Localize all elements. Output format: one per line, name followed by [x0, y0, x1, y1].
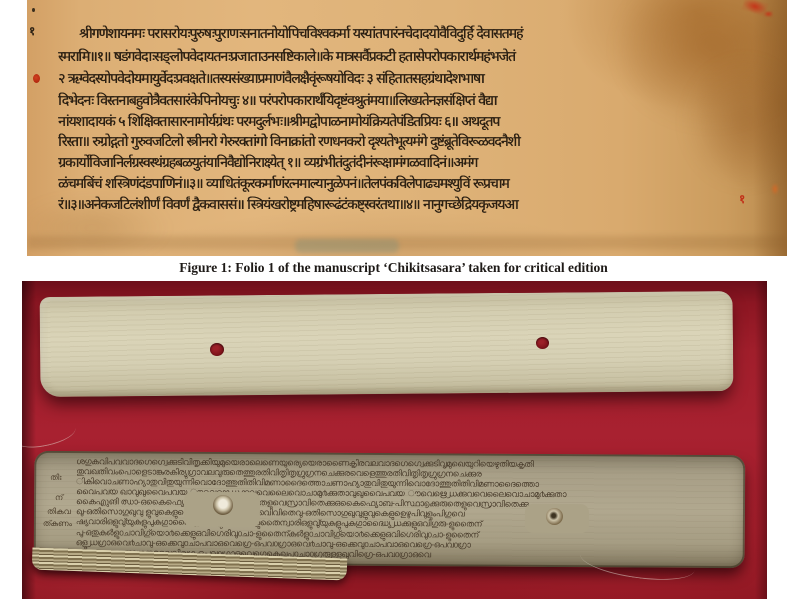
string-hole-left [210, 343, 224, 356]
marginal-annotation: തികവ [47, 507, 71, 517]
manuscript-text-line: दिभेदनः विस्तनाबहुवोत्रैवतसारंकेपिनोयचुः… [58, 91, 752, 112]
red-pigment-mark [764, 11, 773, 17]
folio-number-left: १ [29, 22, 35, 39]
orange-pigment-mark [771, 183, 779, 195]
manuscript-text-line: नांयशादायकं ५ शिक्षिक्तासारनामोर्यग्रंथः… [58, 112, 752, 133]
figure-caption: Figure 1: Folio 1 of the manuscript ‘Chi… [0, 256, 787, 281]
manuscript-text-line: श्रीगणेशायनमः परासरोयःपुरुषःपुराणःसनातनो… [79, 24, 750, 45]
binding-hole-right [546, 508, 563, 525]
blank-palm-leaf [40, 291, 734, 397]
red-margin-dot [33, 74, 40, 83]
manuscript-text-line: ग्रकार्योविजानिर्लग्रस्वस्थंग्रहबळयुतंया… [58, 153, 752, 174]
stray-thread [22, 417, 78, 452]
manuscript-text-line: स्मरामि॥१॥ षडंगवेदाःसङ्लोपवेदायतनःप्रजात… [58, 47, 752, 68]
manuscript-folio-photo: १ १ श्रीगणेशायनमः परासरोयःपुरुषःपुराणःसन… [27, 0, 787, 257]
document-page: १ १ श्रीगणेशायनमः परासरोयःपुरुषःपुराणःसन… [0, 0, 787, 599]
manuscript-text-line: ळंचमबिंचं शस्त्रिणंदंडपाणिनं॥३॥ व्याधितं… [58, 174, 752, 195]
manuscript-text-line: रिस्ता॥ रुग्रोद्गतो गुरुवजटिलो स्त्रीनरो… [58, 132, 752, 153]
string-hole-right [536, 337, 549, 349]
manuscript-text-line: २ ऋग्वेदस्योपवेदोयमायुर्वेदःप्रवक्षते॥तस… [58, 69, 752, 90]
ink-speck [32, 8, 35, 12]
bottom-fold-shade [27, 236, 787, 249]
marginal-annotation: ത്കുണം [43, 519, 72, 529]
faded-ink-smudge [295, 239, 399, 253]
palm-leaf-photo: തിഃ ന് തികവ ത്കുണം ശഗുകവിപവവാദഗെഗ്വെക്കു… [22, 281, 767, 599]
marginal-annotation: ന് [55, 493, 63, 503]
right-edge-shade [753, 0, 787, 257]
marginal-annotation: തിഃ [50, 473, 61, 483]
manuscript-text-line: रं॥३॥अनेकजटिलंशीर्णं विवर्णं द्वैकवाससं॥… [58, 195, 752, 216]
binding-hole-left [213, 495, 233, 515]
